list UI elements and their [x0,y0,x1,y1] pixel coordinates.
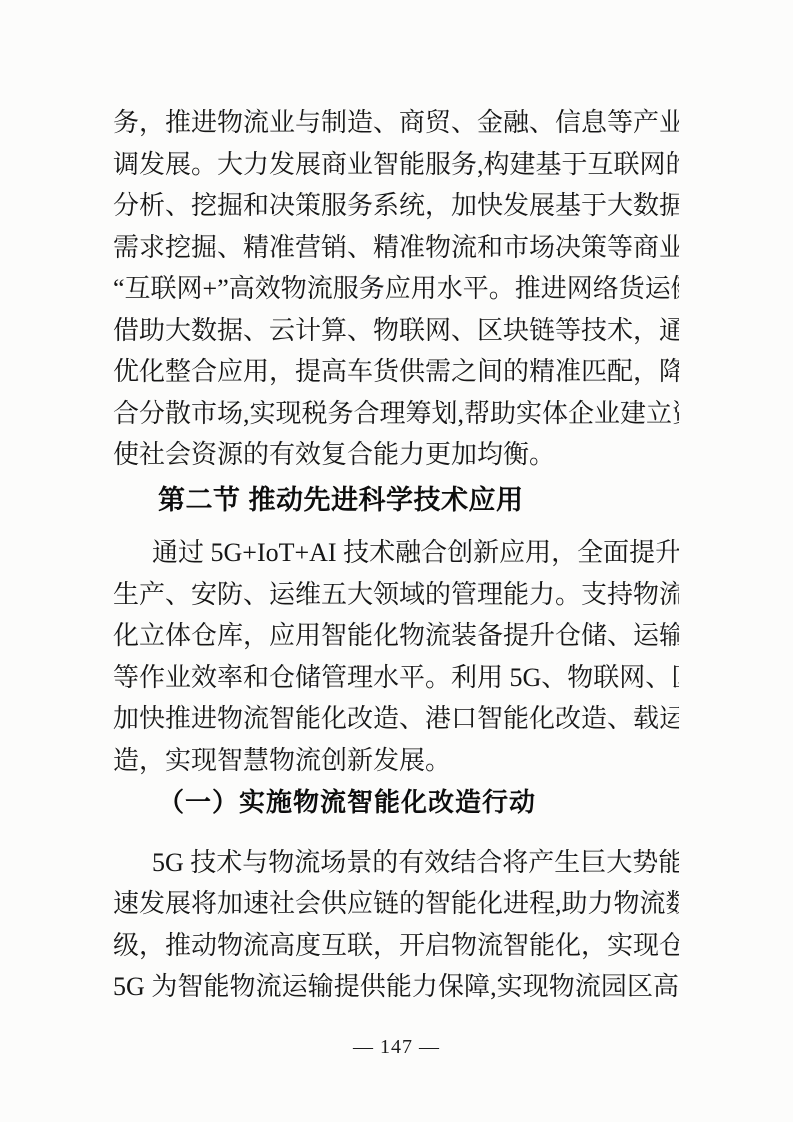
page-number: — 147 — [353,1036,440,1058]
text-line: 需求挖掘、精准营销、精准物流和市场决策等商业化服务，提升 [113,227,679,269]
text-line: 合分散市场,实现税务合理筹划,帮助实体企业建立资金新通道， [113,393,679,435]
text-line: 借助大数据、云计算、物联网、区块链等技术，通过先进技术的 [113,310,679,352]
page-footer: — 147 — [0,1036,793,1059]
text-line: 5G 为智能物流运输提供能力保障,实现物流园区高效智能管理， [113,966,679,1008]
text-line: 生产、安防、运维五大领域的管理能力。支持物流企业建设智能 [113,574,679,616]
text-line: 使社会资源的有效复合能力更加均衡。 [113,434,679,476]
text-line: 务，推进物流业与制造、商贸、金融、信息等产业互动融合、协 [113,102,679,144]
text-line: 调发展。大力发展商业智能服务,构建基于互联网的大数据采集、 [113,144,679,186]
text-line: 化立体仓库，应用智能化物流装备提升仓储、运输、分拣、包装 [113,615,679,657]
text-line: 优化整合应用，提高车货供需之间的精准匹配，降低空驶率，整 [113,351,679,393]
text-line: 级，推动物流高度互联，开启物流智能化，实现仓运配一体化。 [113,925,679,967]
page-content: 务，推进物流业与制造、商贸、金融、信息等产业互动融合、协 调发展。大力发展商业智… [113,0,679,1008]
subsection-heading: （一）实施物流智能化改造行动 [113,782,679,824]
text-line: 分析、挖掘和决策服务系统，加快发展基于大数据分析的消费者 [113,185,679,227]
section-heading: 第二节 推动先进科学技术应用 [113,480,679,522]
text-line: 造，实现智慧物流创新发展。 [113,740,679,782]
text-line: 通过 5G+IoT+AI 技术融合创新应用，全面提升人员、车辆、 [113,532,679,574]
document-page: 务，推进物流业与制造、商贸、金融、信息等产业互动融合、协 调发展。大力发展商业智… [0,0,793,1122]
paragraph-section2: 通过 5G+IoT+AI 技术融合创新应用，全面提升人员、车辆、 生产、安防、运… [113,532,679,781]
text-line: 速发展将加速社会供应链的智能化进程,助力物流数字化转型升 [113,883,679,925]
paragraph-subsection1: 5G 技术与物流场景的有效结合将产生巨大势能,推动 5G 快 速发展将加速社会供… [113,842,679,1008]
text-line: 加快推进物流智能化改造、港口智能化改造、载运工具智能化改 [113,698,679,740]
text-line: 5G 技术与物流场景的有效结合将产生巨大势能,推动 5G 快 [113,842,679,884]
paragraph-continuation: 务，推进物流业与制造、商贸、金融、信息等产业互动融合、协 调发展。大力发展商业智… [113,102,679,476]
text-line: “互联网+”高效物流服务应用水平。推进网络货运健康发展， [113,268,679,310]
text-line: 等作业效率和仓储管理水平。利用 5G、物联网、区块链技术， [113,657,679,699]
